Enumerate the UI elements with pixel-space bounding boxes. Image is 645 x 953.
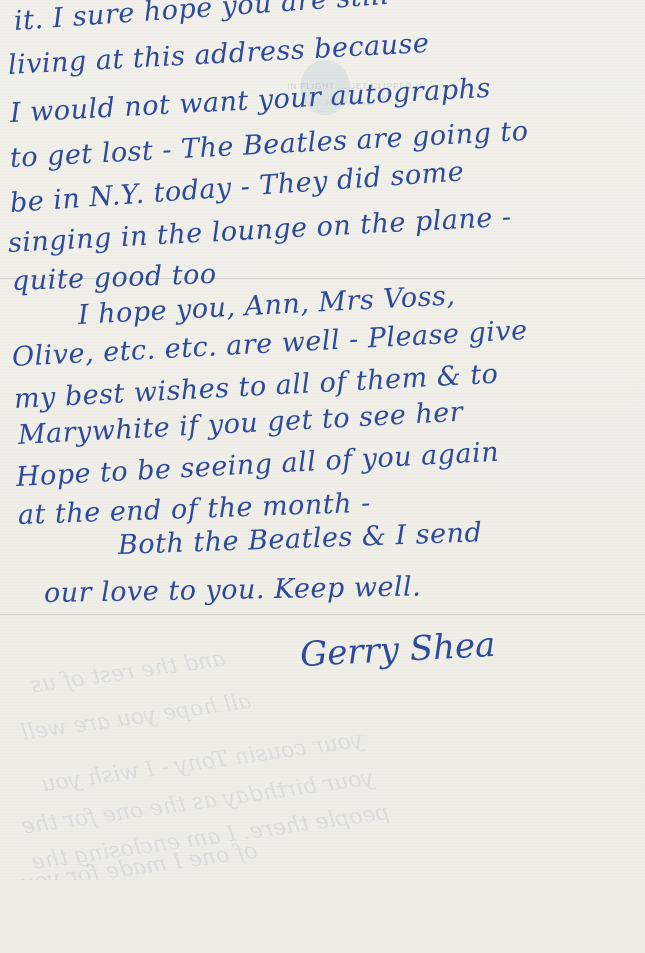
signature: Gerry Shea (299, 625, 496, 675)
bleed-through-text: all hope you are well (19, 689, 252, 746)
fold-line-lower (0, 614, 645, 615)
letter-page: IN FLIGHT ... JET CLIPPER Pan American a… (0, 0, 645, 953)
letter-line: our love to you. Keep well. (44, 571, 422, 609)
letter-line: living at this address because (7, 28, 430, 81)
bleed-through-text: and the rest of us (29, 646, 226, 698)
blank-margin (0, 880, 645, 953)
letter-line: it. I sure hope you are still (13, 0, 391, 37)
letter-line: quite good too (11, 259, 217, 297)
